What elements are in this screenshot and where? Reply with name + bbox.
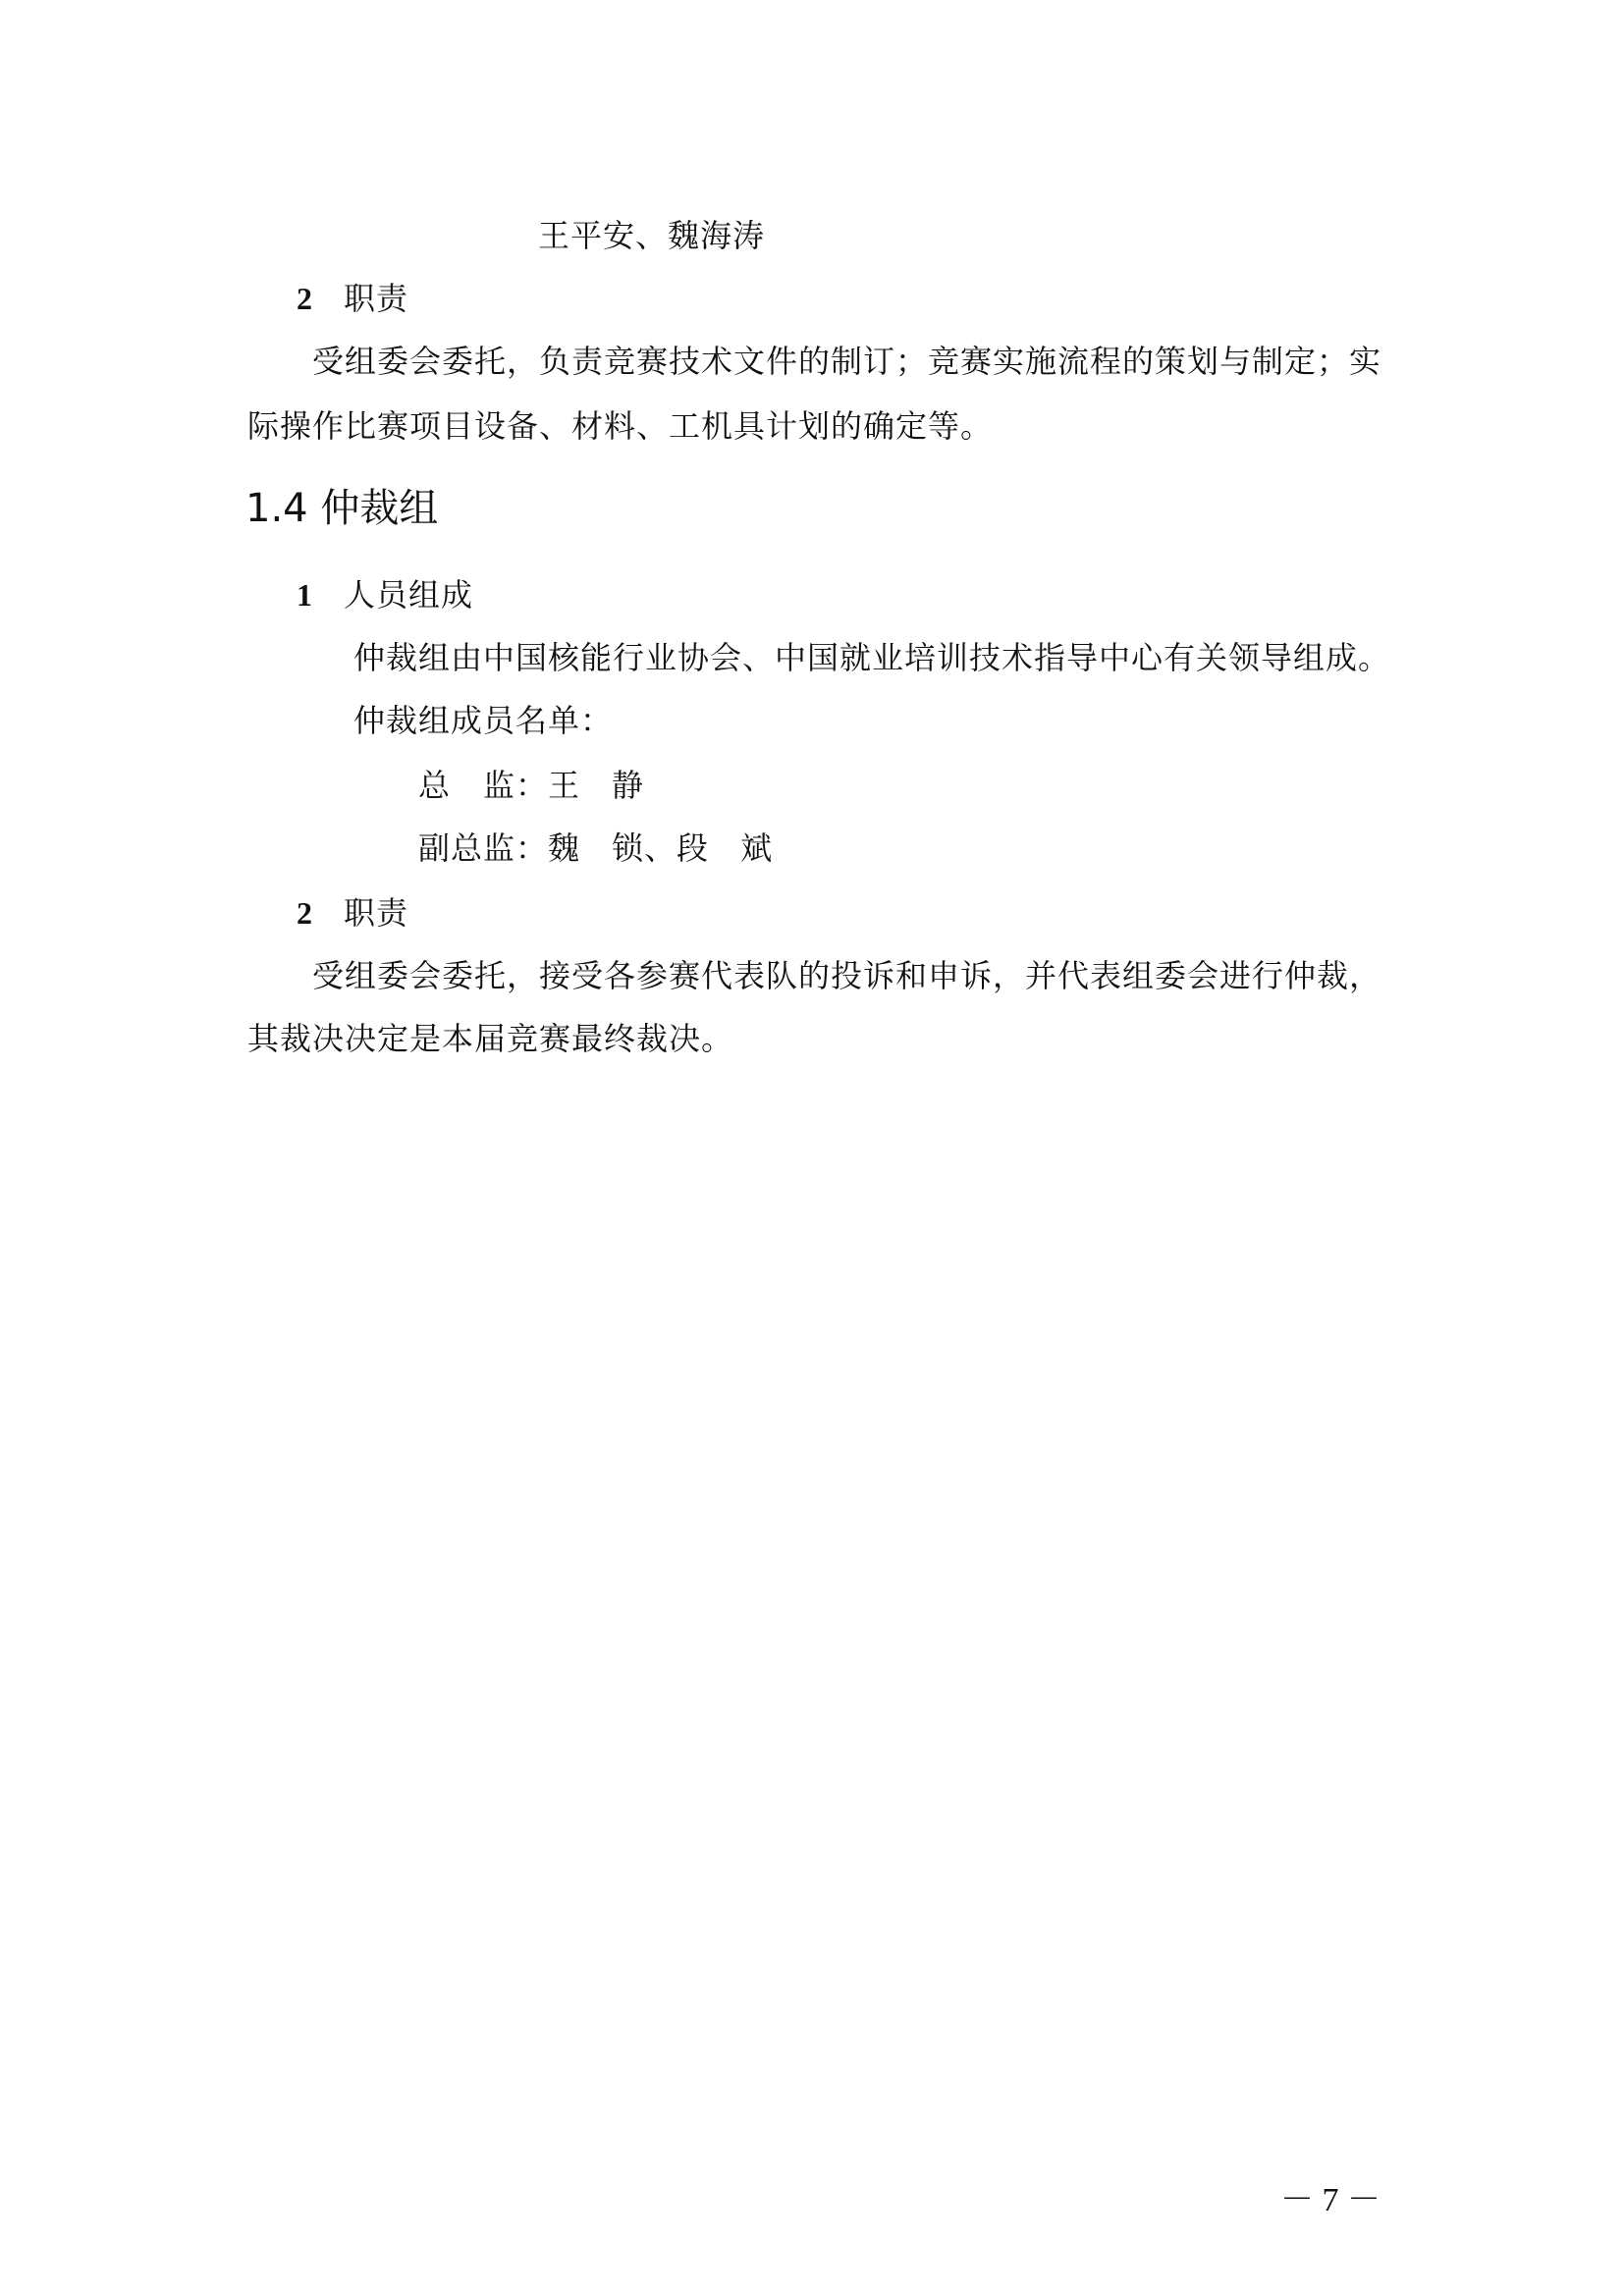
technical-group-members-continued: 王平安、魏海涛 <box>538 216 765 255</box>
subheading-label: 人员组成 <box>344 576 473 614</box>
arbitration-duties-subheading: 2职责 <box>297 893 408 933</box>
subheading-label: 职责 <box>344 280 408 317</box>
chief-supervisor-row: 总 监：王静 <box>418 766 644 805</box>
duties-paragraph-line-2: 际操作比赛项目设备、材料、工机具计划的确定等。 <box>247 406 993 446</box>
subheading-number: 1 <box>297 575 344 614</box>
deputy-label: 副总监： <box>418 829 548 867</box>
subheading-number: 2 <box>297 279 344 318</box>
duties-paragraph-line-1: 受组委会委托，负责竞赛技术文件的制订；竞赛实施流程的策划与制定；实 <box>312 342 1381 381</box>
duties-subheading: 2职责 <box>297 279 408 318</box>
deputy-supervisor-row: 副总监：魏锁、段斌 <box>418 828 773 868</box>
deputy-name-part: 锁、 <box>612 829 677 867</box>
members-list-title: 仲裁组成员名单： <box>353 701 613 740</box>
deputy-name-part: 魏 <box>548 829 580 867</box>
subheading-label: 职责 <box>344 894 408 932</box>
chief-label: 总 监： <box>418 767 548 804</box>
chief-name-part: 王 <box>548 767 580 804</box>
deputy-name-part: 斌 <box>740 829 773 867</box>
section-heading-arbitration-group: 1.4 仲裁组 <box>245 485 438 532</box>
composition-subheading: 1人员组成 <box>297 575 473 614</box>
page-number: － 7 － <box>1280 2181 1380 2220</box>
subheading-number: 2 <box>297 893 344 933</box>
composition-description: 仲裁组由中国核能行业协会、中国就业培训技术指导中心有关领导组成。 <box>353 638 1390 677</box>
chief-name-part: 静 <box>612 767 644 804</box>
arbitration-duties-paragraph-line-2: 其裁决决定是本届竞赛最终裁决。 <box>247 1019 733 1058</box>
deputy-name-part: 段 <box>677 829 709 867</box>
arbitration-duties-paragraph-line-1: 受组委会委托，接受各参赛代表队的投诉和申诉，并代表组委会进行仲裁， <box>312 956 1381 995</box>
